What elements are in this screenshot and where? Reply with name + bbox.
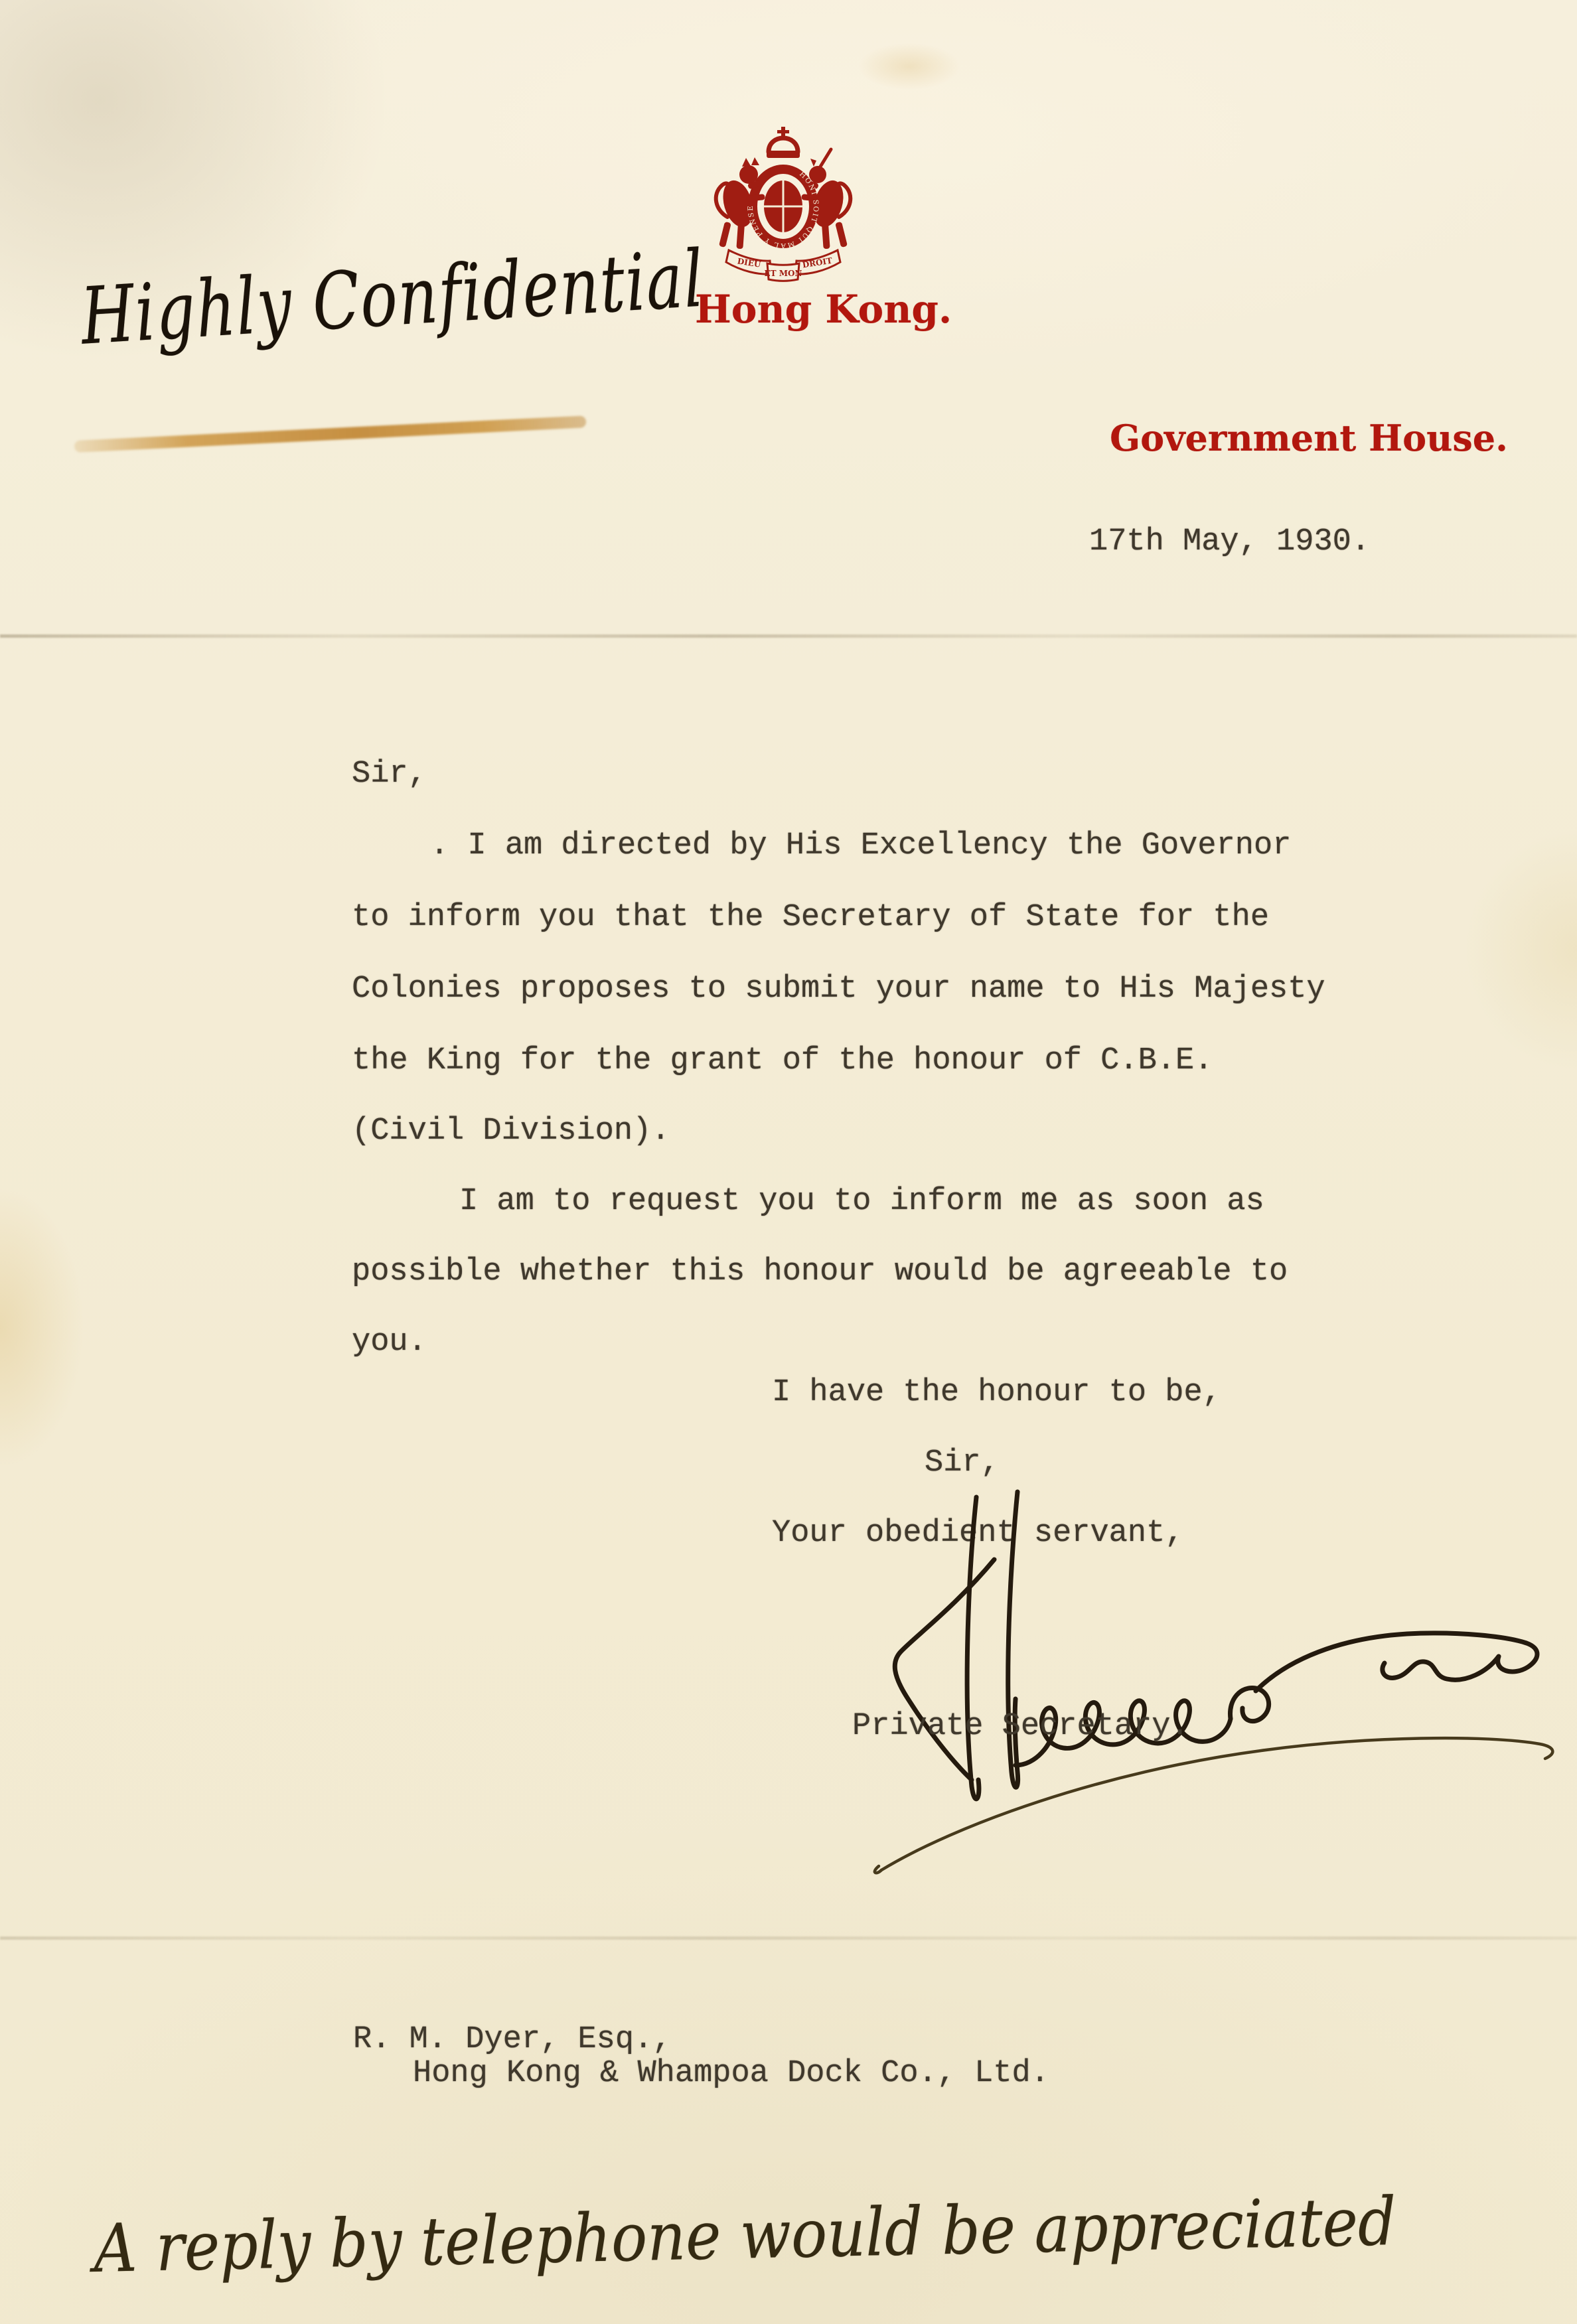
letter-scan: { "letterhead": { "place": "Hong Kong.",… <box>0 0 1577 2324</box>
body-line: . I am directed by His Excellency the Go… <box>430 828 1291 863</box>
signer-title: Private Secretary. <box>852 1709 1189 1744</box>
body-line: (Civil Division). <box>352 1114 670 1149</box>
closing-line: I have the honour to be, <box>772 1375 1221 1410</box>
body-line: the King for the grant of the honour of … <box>352 1043 1213 1078</box>
body-line: you. <box>352 1325 427 1360</box>
body-line: I am to request you to inform me as soon… <box>459 1184 1264 1219</box>
royal-crest-icon: HONI SOIT QUI MAL Y PENSE DIEU DROIT ET … <box>690 123 889 299</box>
confidential-annotation: Highly Confidential <box>78 233 707 362</box>
confidential-underline <box>74 415 587 453</box>
closing-line: Sir, <box>925 1445 1000 1481</box>
letterhead-office: Government House. <box>1110 417 1508 459</box>
reply-note-annotation: A reply by telephone would be appreciate… <box>93 2183 1397 2288</box>
recipient-line: R. M. Dyer, Esq., <box>353 2022 671 2057</box>
fold-crease-lower <box>0 1936 1577 1940</box>
body-line: to inform you that the Secretary of Stat… <box>352 900 1269 935</box>
body-line: possible whether this honour would be ag… <box>352 1254 1288 1289</box>
signature <box>823 1480 1577 1911</box>
letterhead-place: Hong Kong. <box>695 287 894 332</box>
letter-date: 17th May, 1930. <box>1089 524 1370 559</box>
crest-ribbon-center-text: ET MON <box>765 269 802 278</box>
fold-crease-upper <box>0 634 1577 638</box>
salutation: Sir, <box>352 757 427 792</box>
recipient-line: Hong Kong & Whampoa Dock Co., Ltd. <box>413 2056 1049 2091</box>
body-line: Colonies proposes to submit your name to… <box>352 972 1325 1007</box>
